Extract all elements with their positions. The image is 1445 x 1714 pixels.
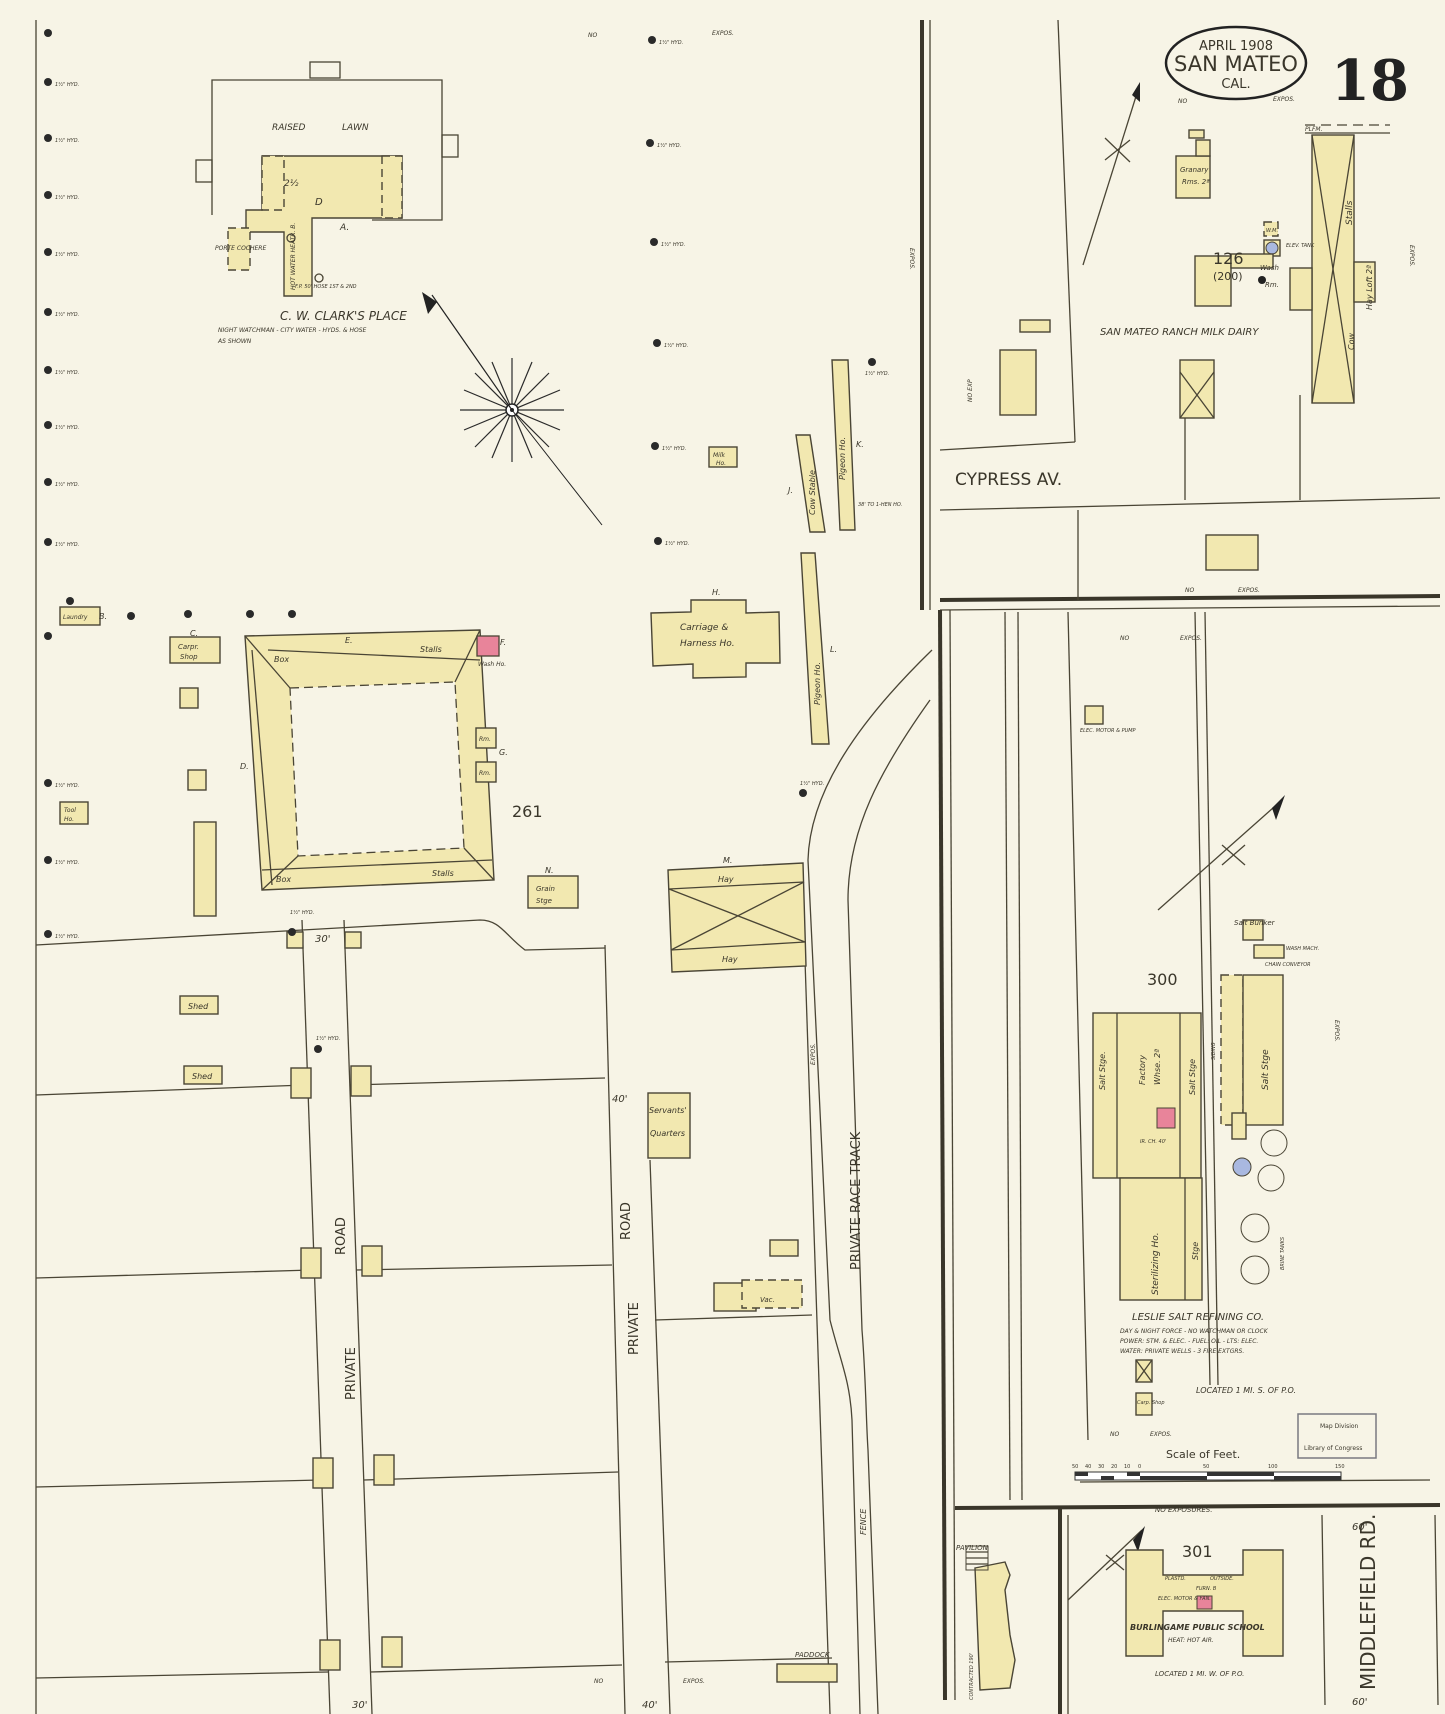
no-expos-2a: NO <box>1178 98 1187 105</box>
letter-h: H. <box>712 588 721 597</box>
north-arrow-dairy-icon <box>1083 82 1140 265</box>
fp-label: F.P. 50' HOSE 1ST & 2ND <box>295 284 357 290</box>
race-track-label: PRIVATE RACE TRACK <box>849 1131 864 1270</box>
small-outbuilding <box>770 1240 798 1256</box>
scale-tick: 40 <box>1085 1464 1091 1470</box>
shed-2-label: Shed <box>192 1072 213 1081</box>
road-width-40-top: 40' <box>612 1094 627 1105</box>
stge-label: Stge <box>1191 1242 1200 1260</box>
grain-stge-label: Stge <box>536 897 552 905</box>
compass-rose-icon <box>422 292 602 525</box>
wash-room-label: Wash <box>1260 264 1279 272</box>
stalls-top-label: Stalls <box>420 645 442 654</box>
harness-label: Harness Ho. <box>680 639 735 649</box>
salt-location: LOCATED 1 MI. S. OF P.O. <box>1196 1386 1296 1395</box>
sterilizing-label: Sterilizing Ho. <box>1151 1232 1161 1295</box>
vacant-label: Vac. <box>760 1296 775 1304</box>
hydrant-label: 1½" HYD. <box>290 909 314 916</box>
road-label-2: ROAD <box>619 1202 634 1240</box>
contracted-note: CONTRACTED 190' <box>969 1653 975 1700</box>
scale-tick: 0 <box>1138 1464 1141 1470</box>
hydrant-label: 1½" HYD. <box>55 81 79 88</box>
laundry-label: Laundry <box>63 614 88 621</box>
hydrant-label: 1½" HYD. <box>55 311 79 318</box>
expos-vertical-1: EXPOS. <box>908 248 915 270</box>
road-width-60-bottom: 60' <box>1352 1697 1367 1708</box>
salt-bunker-label: Salt Bunker <box>1234 919 1276 927</box>
block-200: (200) <box>1213 270 1243 283</box>
carriage-label: Carriage & <box>680 623 728 633</box>
box-bottom-label: Box <box>276 875 291 884</box>
block-126: 126 <box>1213 249 1244 268</box>
brine-tanks-label: BRINE TANKS <box>1280 1236 1286 1270</box>
hydrant-label: 1½" HYD. <box>800 780 824 787</box>
small-shed-b <box>188 770 206 790</box>
wash-mach-label: WASH MACH. <box>1286 946 1319 952</box>
hay-loft-label: Hay Loft 2ª <box>1365 265 1374 310</box>
house-letter: A. <box>339 223 349 233</box>
hydrant-label: 1½" HYD. <box>55 369 79 376</box>
road-width-60-top: 60' <box>1352 1522 1367 1533</box>
raised-label: RAISED <box>272 123 305 133</box>
cow-stable-label: Cow Stable <box>808 470 817 515</box>
rm-2-label: Rm. <box>479 770 491 777</box>
school-location: LOCATED 1 MI. W. OF P.O. <box>1155 1670 1244 1678</box>
elec-motor-pump-label: ELEC. MOTOR & PUMP <box>1080 728 1136 734</box>
gate-posts <box>287 932 402 1670</box>
scale-tick: 10 <box>1124 1464 1130 1470</box>
heater-label: HOT WATER HEATR. B. <box>290 223 297 290</box>
long-shed <box>194 822 216 916</box>
no-expos-6a: NO <box>594 1678 603 1685</box>
school-no-exposures: NO EXPOSURES. <box>1155 1506 1212 1514</box>
lawn-label: LAWN <box>342 123 369 133</box>
house-dwelling: D <box>315 197 323 208</box>
paddock-building <box>777 1664 837 1682</box>
sanborn-map-sheet: APRIL 1908 SAN MATEO CAL. 18 CYPRESS AV.… <box>0 0 1445 1714</box>
road-label-1: ROAD <box>334 1217 349 1255</box>
salt-stge-2: Salt Stge <box>1188 1059 1197 1095</box>
race-track <box>808 650 932 1714</box>
no-expos-2b: EXPOS. <box>1273 96 1295 103</box>
shop-label: Shop <box>180 653 198 661</box>
salt-stge-3: Salt Stge <box>1261 1049 1271 1090</box>
hydrant-label: 1½" HYD. <box>865 370 889 377</box>
elec-motor-fan-label: ELEC. MOTOR & FAN. <box>1158 1596 1211 1602</box>
pavilion-label: PAVILION <box>956 1544 989 1552</box>
school-name: BURLINGAME PUBLIC SCHOOL <box>1130 1623 1265 1632</box>
hydrant-label: 1½" HYD. <box>661 241 685 248</box>
letter-c: C. <box>190 629 198 638</box>
letter-b: B. <box>99 612 107 621</box>
hydrant-label: 1½" HYD. <box>55 194 79 201</box>
no-expos-4a: NO <box>1120 635 1129 642</box>
box-top-label: Box <box>274 655 289 664</box>
road-width-30-top: 30' <box>315 934 330 945</box>
cow-label: Cow <box>1347 333 1356 350</box>
letter-j: J. <box>786 486 793 495</box>
tool-label: Tool <box>64 807 76 814</box>
hydrant-label: 1½" HYD. <box>664 342 688 349</box>
wash-house-label: Wash Ho. <box>478 661 506 668</box>
hydrant-label: 1½" HYD. <box>55 481 79 488</box>
siding-label: SIDING <box>1211 1042 1217 1060</box>
paddock-label: PADDOCK <box>795 1651 831 1659</box>
stable-square <box>245 630 494 890</box>
servants-label: Servants' <box>649 1106 687 1115</box>
school-block-lines <box>1322 1515 1438 1705</box>
salt-stge-1: Salt Stge. <box>1098 1051 1107 1090</box>
letter-e: E. <box>345 636 353 645</box>
block-301: 301 <box>1182 1542 1213 1561</box>
salt-company-title: LESLIE SALT REFINING CO. <box>1132 1312 1264 1323</box>
hydrant-label: 1½" HYD. <box>657 142 681 149</box>
hay-bottom-label: Hay <box>722 955 738 964</box>
outside-label: OUTSIDE. <box>1210 1576 1234 1582</box>
hydrant-label: 1½" HYD. <box>55 859 79 866</box>
hydrant-label: 1½" HYD. <box>55 424 79 431</box>
private-road-label-2: PRIVATE <box>627 1302 642 1355</box>
stalls-bottom-label: Stalls <box>432 869 454 878</box>
letter-n: N. <box>545 866 554 875</box>
granary-rms-label: Rms. 2ª <box>1182 178 1210 186</box>
hydrant-label: 1½" HYD. <box>55 782 79 789</box>
scale-tick: 100 <box>1268 1464 1278 1470</box>
granary-label: Granary <box>1180 166 1209 174</box>
no-expos-1a: NO <box>588 32 597 39</box>
scale-tick: 50 <box>1203 1464 1209 1470</box>
carpr-label: Carpr. <box>178 643 199 651</box>
letter-l: L. <box>830 645 837 654</box>
milk-ho-label: Ho. <box>716 460 726 467</box>
lot-lines <box>36 920 832 1678</box>
whse-label: Whse. 2ª <box>1153 1049 1162 1085</box>
no-expos-6b: EXPOS. <box>683 1678 705 1685</box>
north-arrow-salt-icon <box>1158 795 1285 910</box>
clark-place-title: C. W. CLARK'S PLACE <box>280 309 407 323</box>
tool-ho-label: Ho. <box>64 816 74 823</box>
school-heat: HEAT: HOT AIR. <box>1168 1637 1214 1644</box>
letter-g: G. <box>499 748 508 757</box>
grain-label: Grain <box>536 885 555 893</box>
fence-label: FENCE <box>859 1508 868 1535</box>
porte-cochere-label: PORTE COCHERE <box>215 245 266 252</box>
house-stories: 2½ <box>284 179 299 189</box>
letter-f: F. <box>500 638 506 647</box>
hydrant-label: 1½" HYD. <box>55 933 79 940</box>
furnace-label: FURN. B <box>1196 1586 1217 1592</box>
scale-tick: 50 <box>1072 1464 1078 1470</box>
small-shed-a <box>180 688 198 708</box>
shed-1-label: Shed <box>188 1002 209 1011</box>
wash-house-brick <box>477 636 499 656</box>
scale-tick: 30 <box>1098 1464 1104 1470</box>
road-width-30-bottom: 30' <box>352 1700 367 1711</box>
map-canvas: APRIL 1908 SAN MATEO CAL. 18 CYPRESS AV.… <box>0 0 1445 1714</box>
clark-note-1: NIGHT WATCHMAN - CITY WATER - HYDS. & HO… <box>218 327 367 334</box>
plastd-label: PLASTD. <box>1165 1576 1186 1582</box>
road-width-40-bottom: 40' <box>642 1700 657 1711</box>
letter-m: M. <box>723 856 732 865</box>
wm-label: W.M. <box>1266 228 1278 234</box>
expos-vertical-3: EXPOS. <box>1333 1020 1340 1042</box>
hydrant-label: 1½" HYD. <box>55 541 79 548</box>
no-expos-4b: EXPOS. <box>1180 635 1202 642</box>
scale-bar <box>1075 1472 1341 1480</box>
block-300: 300 <box>1147 970 1178 989</box>
hydrant-label: 1½" HYD. <box>55 137 79 144</box>
map-city: SAN MATEO <box>1174 52 1298 76</box>
servants-quarters <box>648 1093 690 1158</box>
hen-house-note: 38' TO 1-HEN HO. <box>858 502 902 508</box>
no-exp-dairy: NO EXP <box>967 379 974 402</box>
elev-tank-label: ELEV. TANK <box>1286 243 1315 249</box>
clark-house <box>228 156 402 296</box>
hay-top-label: Hay <box>718 875 734 884</box>
expos-vertical-2: EXPOS. <box>1408 245 1415 267</box>
salt-note-2: POWER: STM. & ELEC. - FUEL: OIL - LTS: E… <box>1120 1338 1258 1345</box>
no-expos-5b: EXPOS. <box>1150 1431 1172 1438</box>
hydrant-label: 1½" HYD. <box>659 39 683 46</box>
scale-tick: 20 <box>1111 1464 1117 1470</box>
pigeon-house-1-label: Pigeon Ho. <box>838 437 847 480</box>
dairy-stalls-label: Stalls <box>1345 200 1355 225</box>
milk-label: Milk <box>713 452 726 459</box>
salt-refinery <box>1085 706 1287 1415</box>
stamp-map-division: Map Division <box>1320 1423 1359 1430</box>
scale-tick: 150 <box>1335 1464 1345 1470</box>
hydrant-label: 1½" HYD. <box>662 445 686 452</box>
plfm-label: PLFM. <box>1305 126 1323 133</box>
chain-conveyor-label: CHAIN CONVEYOR <box>1265 962 1311 968</box>
no-expos-3a: NO <box>1185 587 1194 594</box>
pigeon-house-2-label: Pigeon Ho. <box>813 662 822 705</box>
no-expos-3b: EXPOS. <box>1238 587 1260 594</box>
sheet-number: 18 <box>1331 48 1409 114</box>
carp-shop-label: Carp. Shop <box>1137 1400 1165 1406</box>
map-state: CAL. <box>1221 77 1250 92</box>
letter-k: K. <box>856 440 864 449</box>
street-cypress-av: CYPRESS AV. <box>955 470 1062 490</box>
quarters-label: Quarters <box>650 1129 685 1138</box>
street-middlefield-rd: MIDDLEFIELD RD. <box>1356 1514 1380 1690</box>
hydrant-label: 1½" HYD. <box>665 540 689 547</box>
wash-room-rm: Rm. <box>1265 281 1279 289</box>
block-261: 261 <box>512 802 543 821</box>
hydrant-label: 1½" HYD. <box>316 1035 340 1042</box>
pigeon-house-south <box>801 553 829 744</box>
salt-note-3: WATER: PRIVATE WELLS - 3 FIRE EXTGRS. <box>1120 1348 1244 1355</box>
iron-chimney-label: IR. CH. 40' <box>1140 1139 1166 1145</box>
rm-1-label: Rm. <box>479 736 491 743</box>
scale-title: Scale of Feet. <box>1166 1448 1240 1461</box>
no-expos-5a: NO <box>1110 1431 1119 1438</box>
hydrant-label: 1½" HYD. <box>55 251 79 258</box>
private-road-label-1: PRIVATE <box>344 1347 359 1400</box>
salt-note-1: DAY & NIGHT FORCE - NO WATCHMAN OR CLOCK <box>1120 1328 1269 1335</box>
factory-label: Factory <box>1138 1055 1147 1085</box>
no-expos-1b: EXPOS. <box>712 30 734 37</box>
expos-vertical-4: EXPOS. <box>810 1043 817 1065</box>
dairy-title: SAN MATEO RANCH MILK DAIRY <box>1100 327 1259 338</box>
clark-note-2: AS SHOWN <box>217 338 252 345</box>
letter-d: D. <box>240 762 249 771</box>
stamp-library-of-congress: Library of Congress <box>1304 1445 1362 1452</box>
salt-block-lines <box>1005 612 1430 1500</box>
